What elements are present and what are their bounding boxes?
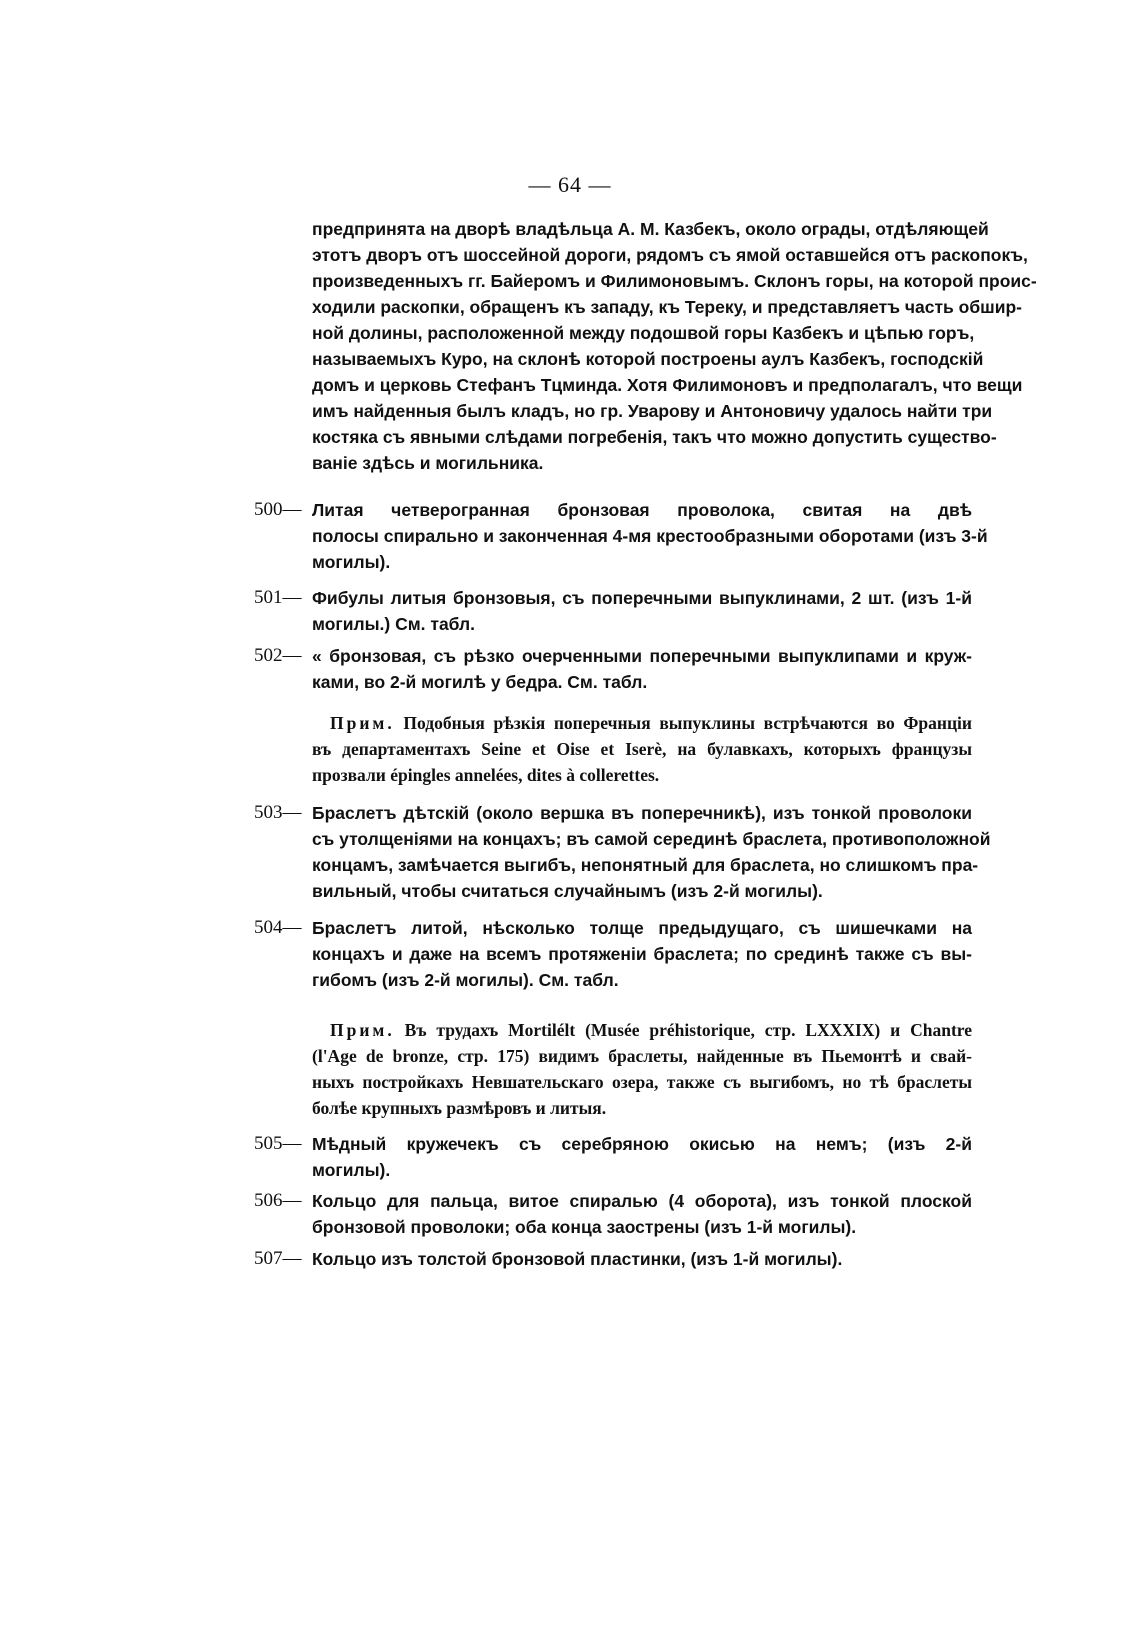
text-line: Кольцо для пальца, витое спиралью (4 обо… — [254, 1188, 972, 1214]
page-number: — 64 — — [0, 172, 1140, 198]
catalog-entry-504: 504— Браслетъ литой, нѣсколько толще пре… — [254, 915, 972, 993]
catalog-entry-501: 501— Фибулы литыя бронзовыя, съ поперечн… — [254, 585, 972, 637]
catalog-entry-505: 505— Мѣдный кружечекъ съ серебряною окис… — [254, 1131, 972, 1183]
entry-number: 500— — [254, 497, 302, 523]
text-line: называемыхъ Куро, на склонѣ которой пост… — [312, 346, 972, 372]
text-line: ной долины, расположенной между подошвой… — [312, 320, 972, 346]
text-line: (l'Age de bronze, стр. 175) видимъ брасл… — [312, 1043, 972, 1069]
intro-paragraph: предпринята на дворѣ владѣльца А. М. Каз… — [312, 216, 972, 476]
footnote-prim-2: Прим. Въ трудахъ Mortilélt (Musée préhis… — [312, 1017, 972, 1121]
entry-number: 506— — [254, 1188, 302, 1214]
footnote-prim-1: Прим. Подобныя рѣзкія поперечныя выпукли… — [312, 710, 972, 788]
text-line: ходили раскопки, обращенъ къ западу, къ … — [312, 294, 972, 320]
text-line: Прим. Подобныя рѣзкія поперечныя выпукли… — [312, 710, 972, 736]
note-label: Прим. — [330, 1020, 395, 1040]
entry-number: 504— — [254, 915, 302, 941]
text-line: предпринята на дворѣ владѣльца А. М. Каз… — [312, 216, 972, 242]
text-line: Кольцо изъ толстой бронзовой пластинки, … — [254, 1246, 972, 1272]
text-line: « бронзовая, съ рѣзко очерченными попере… — [254, 643, 972, 669]
catalog-entry-502: 502— « бронзовая, съ рѣзко очерченными п… — [254, 643, 972, 695]
text-line: могилы.) См. табл. — [254, 611, 972, 637]
text-line: произведенныхъ гг. Байеромъ и Филимоновы… — [312, 268, 972, 294]
text-line: гибомъ (изъ 2-й могилы). См. табл. — [254, 967, 972, 993]
text-line: Браслетъ дѣтскій (около вершка въ попере… — [254, 800, 972, 826]
text-line: концамъ, замѣчается выгибъ, непонятный д… — [254, 852, 972, 878]
text-line: полосы спирально и законченная 4-мя крес… — [254, 523, 972, 549]
entry-number: 501— — [254, 585, 302, 611]
text-line: прозвали épingles annelées, dites à coll… — [312, 762, 972, 788]
text-line: болѣе крупныхъ размѣровъ и литыя. — [312, 1095, 972, 1121]
text-line: ваніе здѣсь и могильника. — [312, 450, 972, 476]
note-label: Прим. — [330, 713, 395, 733]
text-line: ныхъ постройкахъ Невшательскаго озера, т… — [312, 1069, 972, 1095]
text-line: ками, во 2-й могилѣ у бедра. См. табл. — [254, 669, 972, 695]
text-line: Прим. Въ трудахъ Mortilélt (Musée préhis… — [312, 1017, 972, 1043]
text-line: могилы). — [254, 1157, 972, 1183]
text-line: Литая четверогранная бронзовая проволока… — [254, 497, 972, 523]
catalog-entry-500: 500— Литая четверогранная бронзовая пров… — [254, 497, 972, 575]
entry-number: 505— — [254, 1131, 302, 1157]
text-line: бронзовой проволоки; оба конца заострены… — [254, 1214, 972, 1240]
text-line: вильный, чтобы считаться случайнымъ (изъ… — [254, 878, 972, 904]
text-line: Фибулы литыя бронзовыя, съ поперечными в… — [254, 585, 972, 611]
text-line: въ департаментахъ Seine et Oise et Iserè… — [312, 736, 972, 762]
entry-number: 503— — [254, 800, 302, 826]
text-line: могилы). — [254, 549, 972, 575]
text-line: Мѣдный кружечекъ съ серебряною окисью на… — [254, 1131, 972, 1157]
text-line: съ утолщеніями на концахъ; въ самой сере… — [254, 826, 972, 852]
catalog-entry-503: 503— Браслетъ дѣтскій (около вершка въ п… — [254, 800, 972, 904]
entry-number: 502— — [254, 643, 302, 669]
text-line: костяка съ явными слѣдами погребенія, та… — [312, 424, 972, 450]
text-line: домъ и церковь Стефанъ Тцминда. Хотя Фил… — [312, 372, 972, 398]
text-line: Браслетъ литой, нѣсколько толще предыдущ… — [254, 915, 972, 941]
catalog-entry-506: 506— Кольцо для пальца, витое спиралью (… — [254, 1188, 972, 1240]
catalog-entry-507: 507— Кольцо изъ толстой бронзовой пласти… — [254, 1246, 972, 1272]
text-line: этотъ дворъ отъ шоссейной дороги, рядомъ… — [312, 242, 972, 268]
text-line: концахъ и даже на всемъ протяженіи брасл… — [254, 941, 972, 967]
text-line: имъ найденныя былъ кладъ, но гр. Уварову… — [312, 398, 972, 424]
entry-number: 507— — [254, 1246, 302, 1272]
